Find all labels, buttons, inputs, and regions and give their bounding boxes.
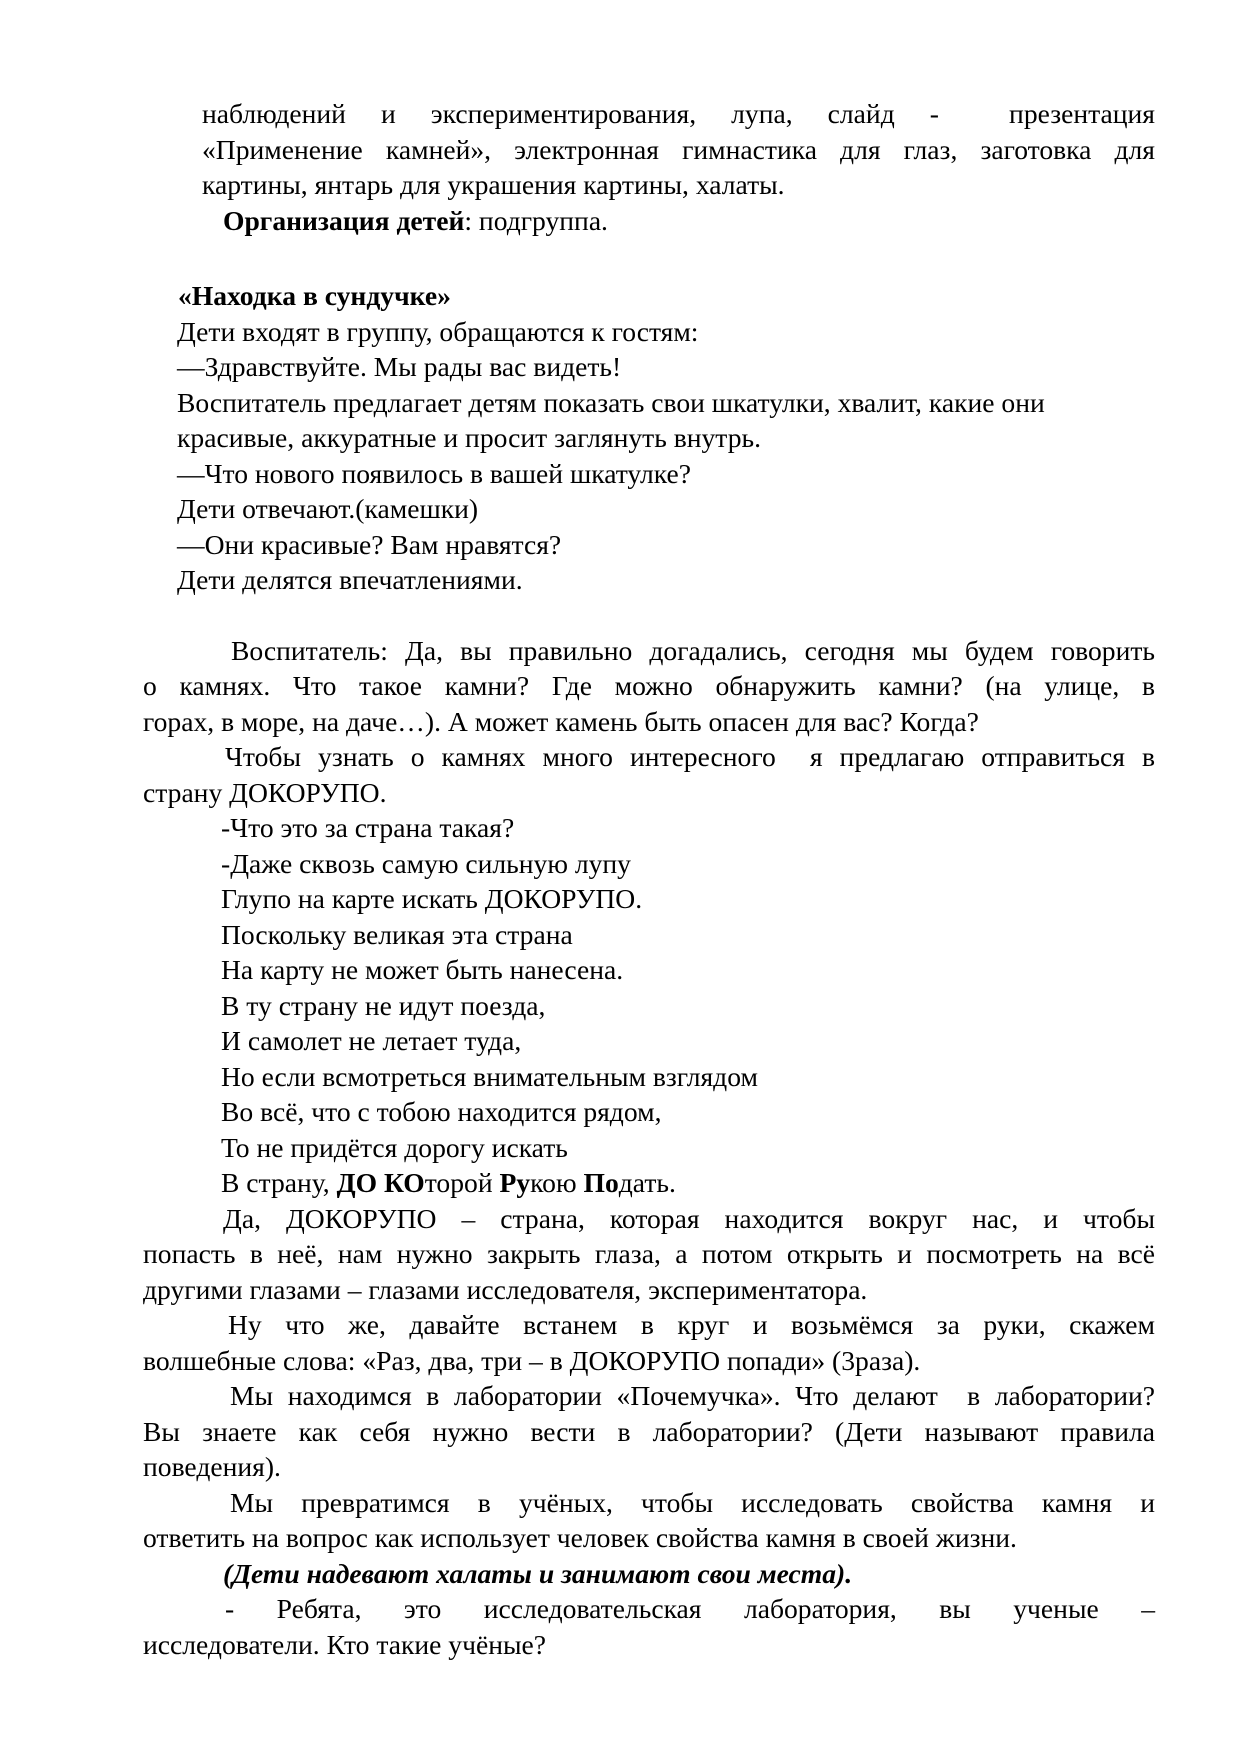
text-segment: По [583,1167,618,1198]
poem-block-line: Глупо на карте искать ДОКОРУПО. [221,881,1240,917]
para-nu-chto-zhe-line: Ну что же, давайте встанем в круг и возь… [143,1307,1155,1343]
text-segment: горах, в море, на даче…). А может камень… [143,706,979,737]
poem-block-line: Но если всмотреться внимательным взглядо… [221,1059,1240,1095]
text-segment: дать. [619,1167,676,1198]
text-segment: «Применение камней», электронная гимнаст… [202,134,1155,165]
poem-block-line: В ту страну не идут поезда, [221,988,1240,1024]
text-segment: И самолет не летает туда, [221,1025,521,1056]
text-segment: Дети делятся впечатлениями. [177,564,523,595]
para-chtoby-line: страну ДОКОРУПО. [143,775,1155,811]
text-segment: - Ребята, это исследовательская лаборато… [225,1593,1155,1624]
text-segment: —Здравствуйте. Мы рады вас видеть! [177,351,621,382]
dialogue-block-line: —Что нового появилось в вашей шкатулке? [177,456,1240,492]
text-segment: Поскольку великая эта страна [221,919,573,950]
para-scientists-line: Мы превратимся в учёных, чтобы исследова… [143,1485,1155,1521]
para-rebyata-line: - Ребята, это исследовательская лаборато… [143,1591,1155,1627]
text-segment: —Что нового появилось в вашей шкатулке? [177,458,691,489]
document-page: наблюдений и экспериментирования, лупа, … [0,0,1240,1754]
poem-block-line: -Даже сквозь самую сильную лупу [221,846,1240,882]
text-segment: Но если всмотреться внимательным взглядо… [221,1061,758,1092]
text-segment: -Что это за страна такая? [221,812,514,843]
dialogue-block-line: Дети делятся впечатлениями. [177,562,1240,598]
dialogue-block-line: Воспитатель предлагает детям показать св… [177,385,1240,421]
para-da-dokorupo-line: попасть в неё, нам нужно закрыть глаза, … [143,1236,1155,1272]
text-segment: (Дети надевают халаты и занимают свои ме… [223,1558,852,1589]
dialogue-block-line: —Здравствуйте. Мы рады вас видеть! [177,349,1240,385]
text-segment: Глупо на карте искать ДОКОРУПО. [221,883,642,914]
text-segment: —Они красивые? Вам нравятся? [177,529,561,560]
para-rebyata-line: исследователи. Кто такие учёные? [143,1627,1155,1663]
text-segment: Мы находимся в лаборатории «Почемучка». … [230,1380,1155,1411]
text-segment: Во всё, что с тобою находится рядом, [221,1096,661,1127]
poem-block-line: И самолет не летает туда, [221,1023,1240,1059]
text-segment: Ну что же, давайте встанем в круг и возь… [228,1309,1155,1340]
dialogue-block-line: Дети входят в группу, обращаются к гостя… [177,314,1240,350]
para-laboratory-line: поведения). [143,1449,1155,1485]
text-segment: страну ДОКОРУПО. [143,777,387,808]
text-segment: В ту страну не идут поезда, [221,990,545,1021]
text-segment: Воспитатель: Да, вы правильно догадались… [231,635,1155,666]
para-vospitatel-line: о камнях. Что такое камни? Где можно обн… [143,668,1155,704]
text-segment: волшебные слова: «Раз, два, три – в ДОКО… [143,1345,920,1376]
text-segment: : подгруппа. [464,205,608,236]
text-segment: торой [425,1167,500,1198]
materials-paragraph-line: картины, янтарь для украшения картины, х… [202,167,1155,203]
document-body: наблюдений и экспериментирования, лупа, … [0,0,1240,1662]
para-da-dokorupo-line: Да, ДОКОРУПО – страна, которая находится… [143,1201,1155,1237]
materials-paragraph-line: «Применение камней», электронная гимнаст… [202,132,1155,168]
text-segment: Организация детей [223,205,464,236]
blank-line-spacer [0,598,1240,633]
poem-block-line: Поскольку великая эта страна [221,917,1240,953]
text-segment: Ру [500,1167,531,1198]
poem-block-line: -Что это за страна такая? [221,810,1240,846]
text-segment: попасть в неё, нам нужно закрыть глаза, … [143,1238,1155,1269]
poem-block-line: На карту не может быть нанесена. [221,952,1240,988]
text-segment: Воспитатель предлагает детям показать св… [177,387,1045,418]
text-segment: Дети отвечают.(камешки) [177,493,478,524]
text-segment: На карту не может быть нанесена. [221,954,623,985]
para-laboratory-line: Мы находимся в лаборатории «Почемучка». … [143,1378,1155,1414]
text-segment: поведения). [143,1451,281,1482]
para-nu-chto-zhe-line: волшебные слова: «Раз, два, три – в ДОКО… [143,1343,1155,1379]
stage-direction-line: (Дети надевают халаты и занимают свои ме… [143,1556,1155,1592]
text-segment: В страну, [221,1167,337,1198]
text-segment: кою [530,1167,583,1198]
text-segment: -Даже сквозь самую сильную лупу [221,848,631,879]
section-heading-line: «Находка в сундучке» [178,278,1240,314]
dialogue-block-line: Дети отвечают.(камешки) [177,491,1240,527]
poem-block-line: То не придётся дорогу искать [221,1130,1240,1166]
text-segment: исследователи. Кто такие учёные? [143,1629,546,1660]
text-segment: «Находка в сундучке» [178,280,451,311]
text-segment: красивые, аккуратные и просит заглянуть … [177,422,761,453]
poem-block-line: В страну, ДО КОторой Рукою Подать. [221,1165,1240,1201]
para-scientists-line: ответить на вопрос как использует челове… [143,1520,1155,1556]
text-segment: картины, янтарь для украшения картины, х… [202,169,785,200]
text-segment: Дети входят в группу, обращаются к гостя… [177,316,698,347]
text-segment: другими глазами – глазами исследователя,… [143,1274,867,1305]
para-da-dokorupo-line: другими глазами – глазами исследователя,… [143,1272,1155,1308]
para-vospitatel-line: горах, в море, на даче…). А может камень… [143,704,1155,740]
text-segment: То не придётся дорогу искать [221,1132,568,1163]
para-laboratory-line: Вы знаете как себя нужно вести в лаборат… [143,1414,1155,1450]
poem-block-line: Во всё, что с тобою находится рядом, [221,1094,1240,1130]
text-segment: наблюдений и экспериментирования, лупа, … [202,98,1155,129]
text-segment: ДО КО [337,1167,425,1198]
dialogue-block-line: —Они красивые? Вам нравятся? [177,527,1240,563]
text-segment: Да, ДОКОРУПО – страна, которая находится… [223,1203,1155,1234]
dialogue-block-line: красивые, аккуратные и просит заглянуть … [177,420,1240,456]
materials-paragraph-line: наблюдений и экспериментирования, лупа, … [202,96,1155,132]
para-vospitatel-line: Воспитатель: Да, вы правильно догадались… [143,633,1155,669]
text-segment: Мы превратимся в учёных, чтобы исследова… [230,1487,1155,1518]
text-segment: Чтобы узнать о камнях много интересного … [225,741,1155,772]
organization-line-line: Организация детей: подгруппа. [223,203,1240,239]
text-segment: ответить на вопрос как использует челове… [143,1522,1017,1553]
blank-line-spacer [0,238,1240,278]
para-chtoby-line: Чтобы узнать о камнях много интересного … [143,739,1155,775]
text-segment: Вы знаете как себя нужно вести в лаборат… [143,1416,1155,1447]
text-segment: о камнях. Что такое камни? Где можно обн… [143,670,1155,701]
